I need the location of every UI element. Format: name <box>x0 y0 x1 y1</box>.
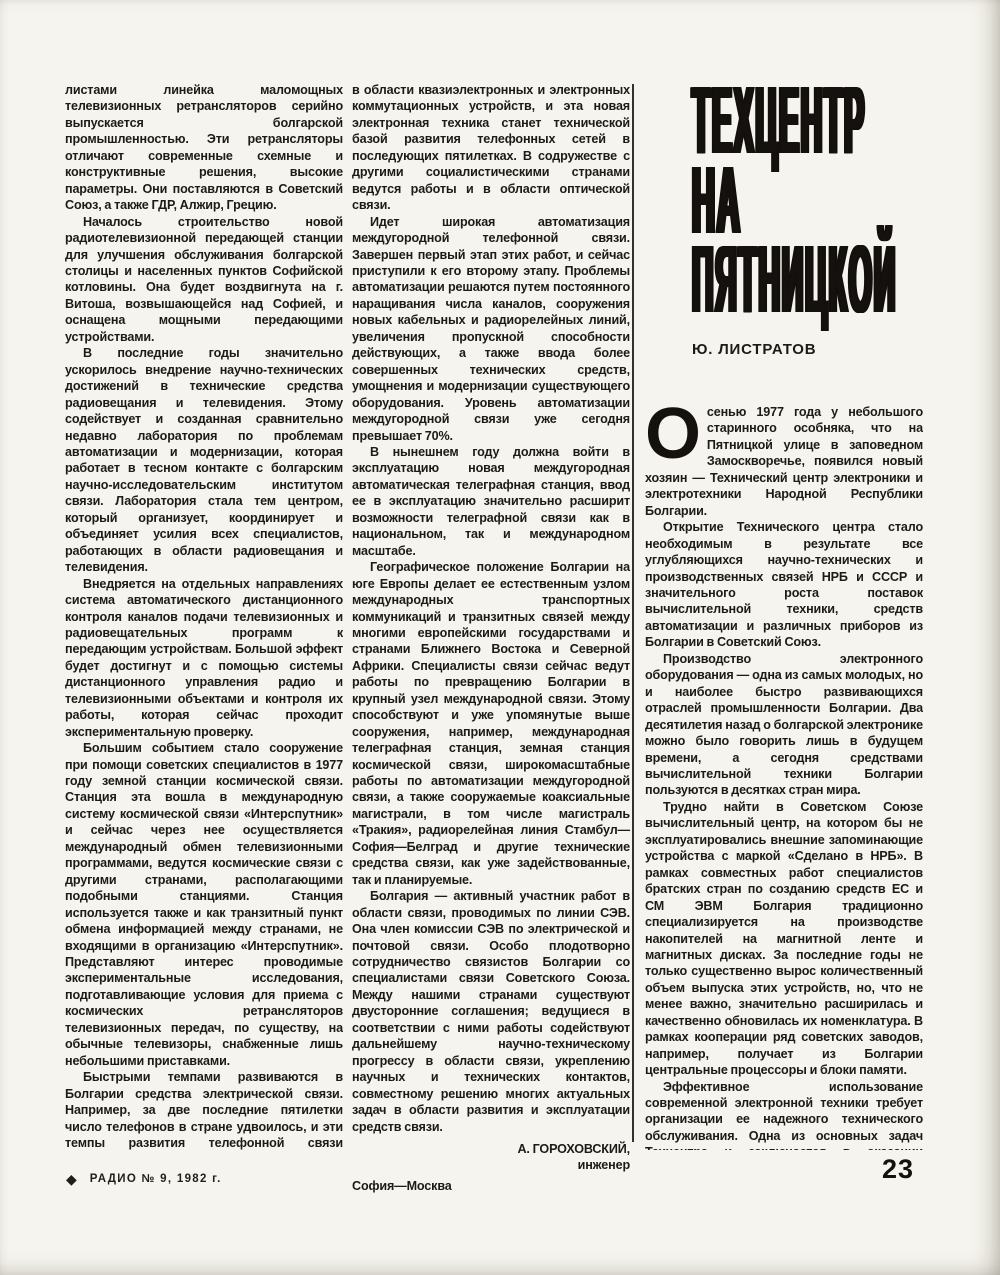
paragraph: Эффективное использование современной эл… <box>645 1079 923 1150</box>
magazine-page: ТЕХЦЕНТР НА ПЯТНИЦКОЙ Ю. ЛИСТРАТОВ листа… <box>0 0 1000 1275</box>
paragraph: Трудно найти в Советском Союзе вычислите… <box>645 799 923 1079</box>
author-byline: Ю. ЛИСТРАТОВ <box>692 341 816 358</box>
article-signature: А. ГОРОХОВСКИЙ, инженер София—Москва <box>352 1141 630 1194</box>
text-column-2: в области квазиэлектронных и электронных… <box>352 82 630 1194</box>
paragraph: в области квазиэлектронных и электронных… <box>352 82 630 214</box>
drop-cap: О <box>645 408 701 460</box>
paragraph: Производство электронного оборудования —… <box>645 651 923 799</box>
text-column-1: листами линейка маломощных телевизионных… <box>65 82 343 1150</box>
column-divider-rule <box>632 84 634 1142</box>
paragraph: Быстрыми темпами развиваются в Болгарии … <box>65 1069 343 1150</box>
page-number: 23 <box>882 1154 914 1185</box>
signature-role: инженер <box>352 1157 630 1173</box>
paragraph: Идет широкая автоматизация междугородной… <box>352 214 630 444</box>
paragraph: В последние годы значительно ускорилось … <box>65 345 343 575</box>
paragraph: Большим событием стало сооружение при по… <box>65 740 343 1069</box>
headline-line-3: ПЯТНИЦКОЙ <box>692 232 897 328</box>
paragraph: Открытие Технического центра стало необх… <box>645 519 923 651</box>
signature-name: А. ГОРОХОВСКИЙ, <box>352 1141 630 1157</box>
text-column-3: Осенью 1977 года у небольшого старинного… <box>645 404 923 1150</box>
paragraph: Началось строительство новой радиотелеви… <box>65 214 343 346</box>
paragraph: Географическое положение Болгарии на юге… <box>352 559 630 888</box>
signature-place: София—Москва <box>352 1178 630 1194</box>
paragraph: листами линейка маломощных телевизионных… <box>65 82 343 214</box>
paragraph: Внедряется на отдельных направлениях сис… <box>65 576 343 741</box>
paragraph: Болгария — активный участник работ в обл… <box>352 888 630 1135</box>
page-footer: ◆ РАДИО № 9, 1982 г. <box>66 1172 222 1186</box>
diamond-icon: ◆ <box>66 1172 77 1186</box>
article-headline: ТЕХЦЕНТР НА ПЯТНИЦКОЙ <box>645 0 945 400</box>
lead-paragraph: Осенью 1977 года у небольшого старинного… <box>645 404 923 519</box>
issue-label: РАДИО № 9, 1982 г. <box>90 1173 222 1185</box>
paragraph: В нынешнем году должна войти в эксплуата… <box>352 444 630 559</box>
